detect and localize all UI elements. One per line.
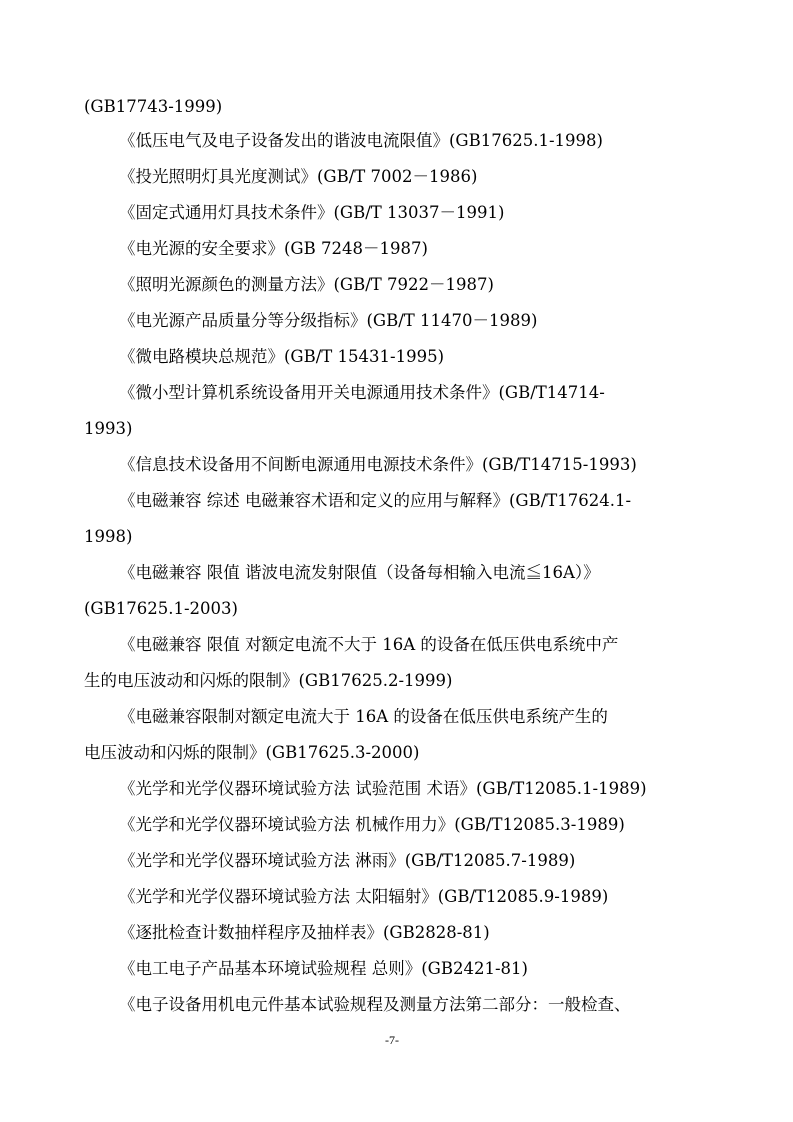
document-line: (GB17743-1999): [84, 96, 222, 118]
page-number: -7-: [385, 1032, 399, 1048]
document-line: 《投光照明灯具光度测试》(GB/T 7002－1986): [119, 166, 477, 188]
document-line: 《固定式通用灯具技术条件》(GB/T 13037－1991): [119, 202, 504, 224]
document-line: 电压波动和闪烁的限制》(GB17625.3-2000): [84, 742, 419, 764]
document-line: 《逐批检查计数抽样程序及抽样表》(GB2828-81): [119, 922, 490, 944]
document-line: 1998): [84, 526, 132, 548]
document-line: 《电磁兼容限制对额定电流大于 16A 的设备在低压供电系统产生的: [119, 706, 608, 728]
document-line: 《电光源的安全要求》(GB 7248－1987): [119, 238, 428, 260]
document-line: 《电磁兼容 限值 对额定电流不大于 16A 的设备在低压供电系统中产: [119, 634, 618, 656]
document-line: 生的电压波动和闪烁的限制》(GB17625.2-1999): [84, 670, 452, 692]
document-line: 《电磁兼容 限值 谐波电流发射限值（设备每相输入电流≦16A）》: [119, 562, 600, 584]
document-line: 《低压电气及电子设备发出的谐波电流限值》(GB17625.1-1998): [119, 130, 603, 152]
document-line: 《照明光源颜色的测量方法》(GB/T 7922－1987): [119, 274, 494, 296]
document-line: 《信息技术设备用不间断电源通用电源技术条件》(GB/T14715-1993): [119, 454, 637, 476]
document-line: 《微小型计算机系统设备用开关电源通用技术条件》(GB/T14714-: [119, 382, 605, 404]
document-line: 《光学和光学仪器环境试验方法 机械作用力》(GB/T12085.3-1989): [119, 814, 625, 836]
document-line: 《电子设备用机电元件基本试验规程及测量方法第二部分：一般检查、: [119, 994, 631, 1016]
document-line: 《光学和光学仪器环境试验方法 太阳辐射》(GB/T12085.9-1989): [119, 886, 608, 908]
document-line: 《电工电子产品基本环境试验规程 总则》(GB2421-81): [119, 958, 528, 980]
document-line: 《电光源产品质量分等分级指标》(GB/T 11470－1989): [119, 310, 537, 332]
document-line: 《微电路模块总规范》(GB/T 15431-1995): [119, 346, 444, 368]
document-line: 《光学和光学仪器环境试验方法 试验范围 术语》(GB/T12085.1-1989…: [119, 778, 647, 800]
document-page: (GB17743-1999)《低压电气及电子设备发出的谐波电流限值》(GB176…: [0, 0, 793, 1122]
document-line: 1993): [84, 418, 132, 440]
document-line: 《电磁兼容 综述 电磁兼容术语和定义的应用与解释》(GB/T17624.1-: [119, 490, 631, 512]
document-line: (GB17625.1-2003): [84, 598, 238, 620]
document-line: 《光学和光学仪器环境试验方法 淋雨》(GB/T12085.7-1989): [119, 850, 575, 872]
